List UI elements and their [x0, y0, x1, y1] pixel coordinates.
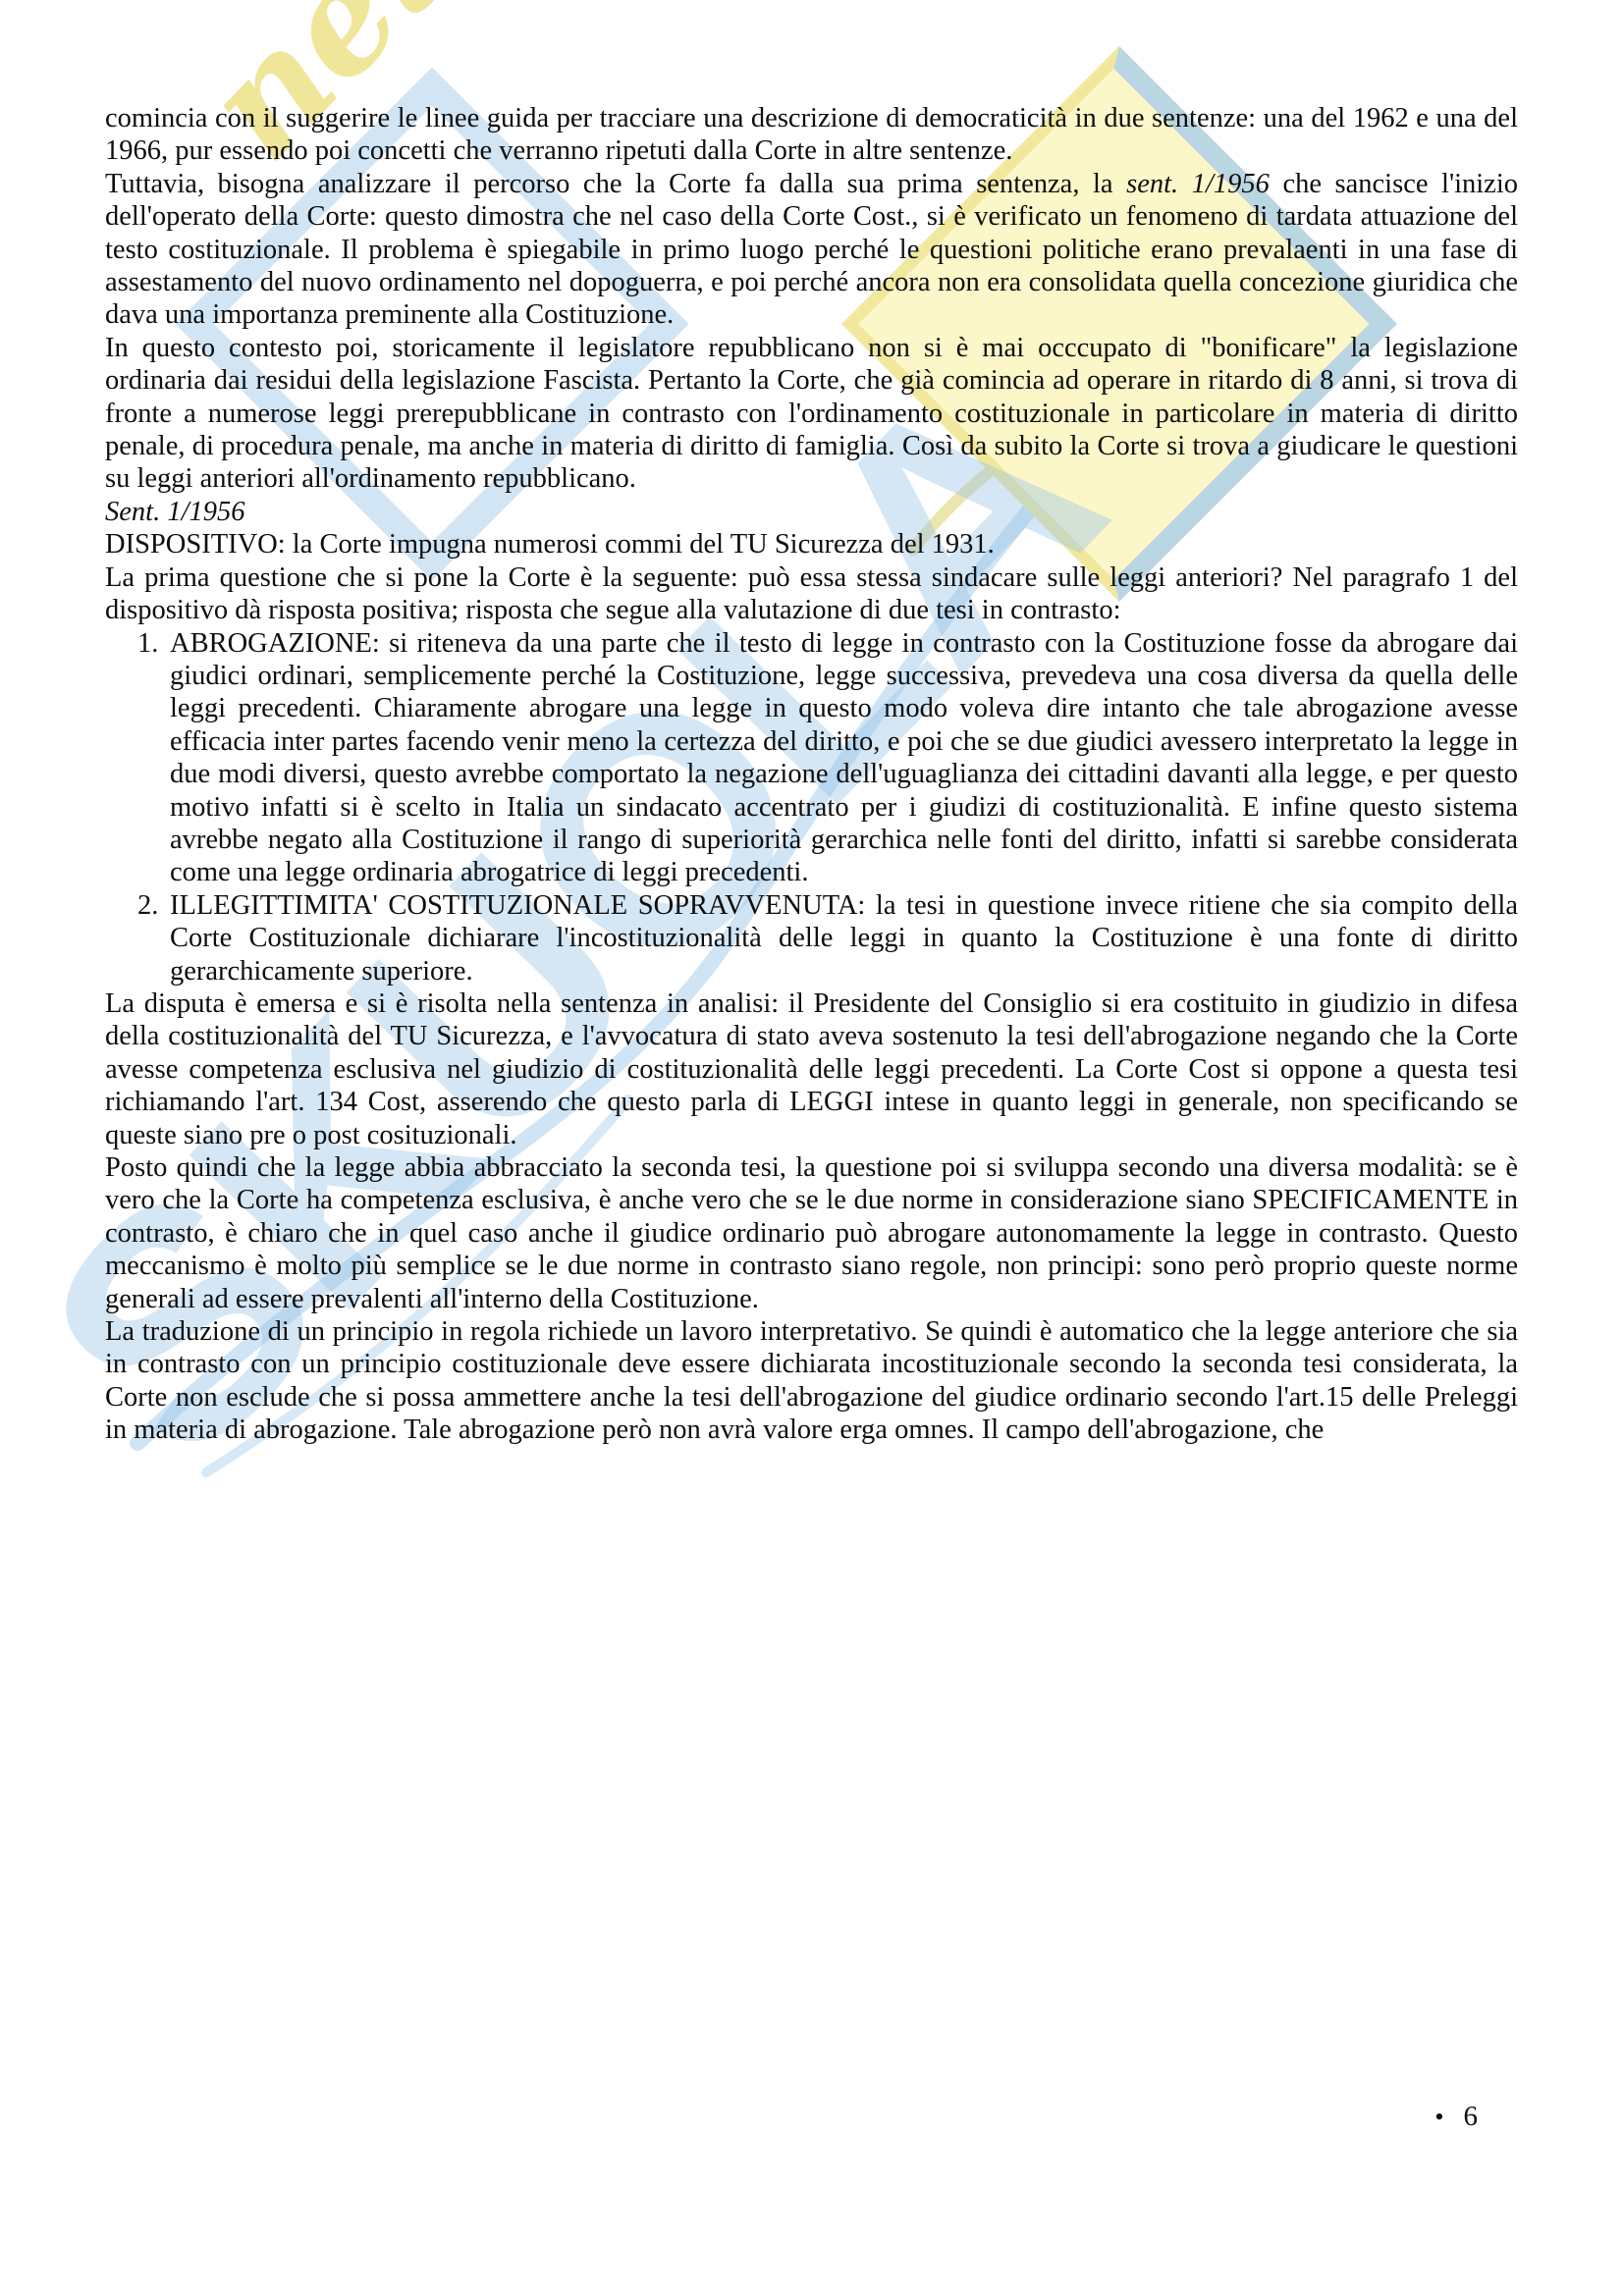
numbered-list-item: 2. ILLEGITTIMITA' COSTITUZIONALE SOPRAVV… [105, 889, 1518, 988]
italic-citation: sent. 1/1956 [1126, 169, 1270, 199]
document-body: comincia con il suggerire le linee guida… [0, 0, 1623, 1447]
list-item-number: 1. [105, 627, 170, 889]
page-number-value: 6 [1464, 2101, 1479, 2133]
paragraph-text: DISPOSITIVO: la Corte impugna numerosi c… [105, 529, 995, 560]
paragraph-text: Tuttavia, bisogna analizzare il percorso… [105, 169, 1126, 199]
paragraph: La disputa è emersa e si è risolta nella… [105, 988, 1518, 1151]
sentence-heading: Sent. 1/1956 [105, 496, 1518, 528]
paragraph-text: La traduzione di un principio in regola … [105, 1316, 1518, 1445]
italic-citation: Sent. 1/1956 [105, 497, 245, 527]
paragraph: Posto quindi che la legge abbia abbracci… [105, 1151, 1518, 1315]
paragraph-text: Posto quindi che la legge abbia abbracci… [105, 1152, 1518, 1314]
numbered-list-item: 1. ABROGAZIONE: si riteneva da una parte… [105, 627, 1518, 889]
paragraph: La traduzione di un principio in regola … [105, 1315, 1518, 1447]
paragraph-text: comincia con il suggerire le linee guida… [105, 103, 1518, 166]
list-item-number: 2. [105, 889, 170, 988]
paragraph: In questo contesto poi, storicamente il … [105, 332, 1518, 496]
paragraph-text: In questo contesto poi, storicamente il … [105, 333, 1518, 495]
paragraph: Tuttavia, bisogna analizzare il percorso… [105, 168, 1518, 332]
paragraph-text: La prima questione che si pone la Corte … [105, 562, 1518, 625]
page-number: • 6 [1434, 2101, 1478, 2133]
list-item-text: ABROGAZIONE: si riteneva da una parte ch… [170, 627, 1518, 889]
document-page: { "watermark": { "brand_word": "SKUOLA",… [0, 0, 1623, 2296]
paragraph: DISPOSITIVO: la Corte impugna numerosi c… [105, 528, 1518, 561]
paragraph-text: La disputa è emersa e si è risolta nella… [105, 988, 1518, 1150]
paragraph: comincia con il suggerire le linee guida… [105, 102, 1518, 168]
paragraph: La prima questione che si pone la Corte … [105, 561, 1518, 627]
list-item-text: ILLEGITTIMITA' COSTITUZIONALE SOPRAVVENU… [170, 889, 1518, 988]
page-number-bullet: • [1434, 2101, 1443, 2133]
